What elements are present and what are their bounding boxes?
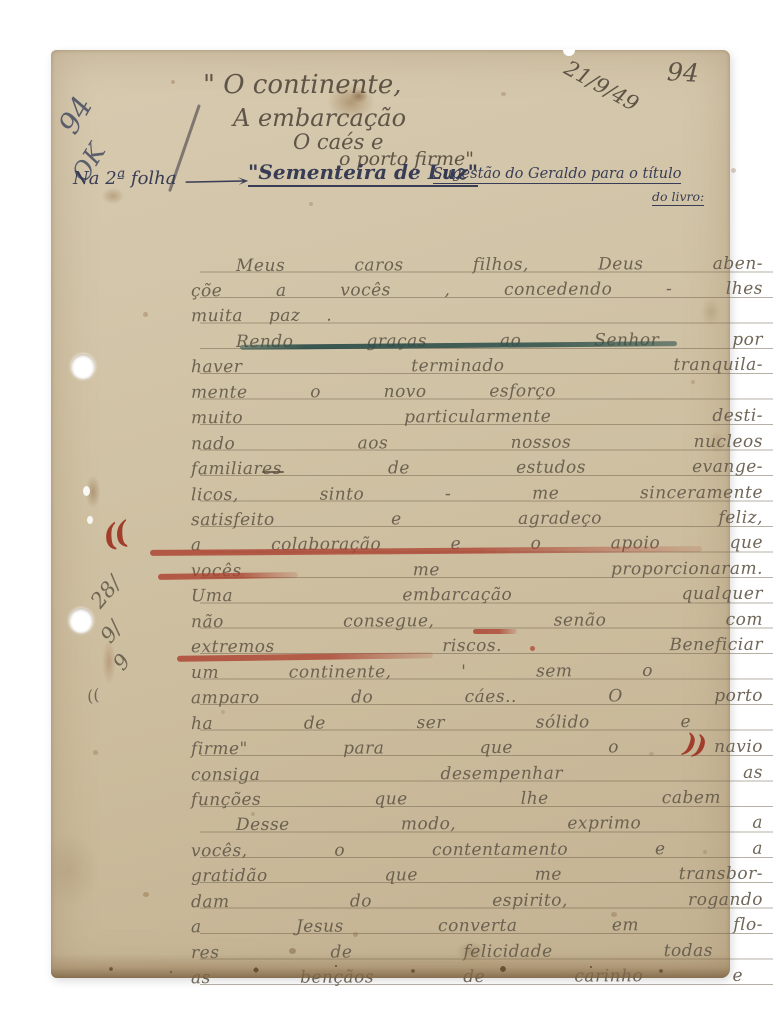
manuscript-page: 94 OK " O continente, A embarcação O caé…	[51, 50, 730, 978]
manuscript-line: um continente, ' sem o	[191, 660, 653, 684]
manuscript-line: vocês, o contentamento e a	[191, 838, 763, 862]
manuscript-line: Uma embarcação qualquer	[191, 583, 763, 607]
scan-background: 94 OK " O continente, A embarcação O caé…	[0, 0, 781, 1024]
manuscript-line: muito particularmente desti-	[191, 405, 763, 429]
manuscript-body: Meus caros filhos, Deus aben-çõe a vocês…	[51, 50, 730, 978]
manuscript-line: mente o novo esforço	[191, 380, 556, 404]
red-dot-mark	[530, 646, 535, 651]
pencil-underline	[262, 471, 284, 473]
manuscript-line: satisfeito e agradeço feliz,	[191, 507, 763, 531]
manuscript-line: amparo do cáes.. O porto	[191, 685, 763, 709]
manuscript-line: vocês me proporcionaram.	[191, 558, 763, 582]
manuscript-line: ha de ser sólido e	[191, 711, 691, 735]
paper-bottom-edge	[51, 954, 730, 978]
manuscript-line: haver terminado tranquila-	[191, 354, 763, 378]
manuscript-line: consiga desempenhar as	[191, 761, 763, 785]
manuscript-line: dam do espirito, rogando	[191, 889, 763, 913]
manuscript-line: funções que lhe cabem	[191, 787, 721, 811]
manuscript-line: nado aos nossos nucleos	[191, 430, 763, 454]
manuscript-line: Meus caros filhos, Deus aben-	[191, 252, 763, 276]
manuscript-line: a Jesus converta em flo-	[191, 914, 763, 938]
manuscript-line: gratidão que me transbor-	[191, 863, 763, 887]
manuscript-line: çõe a vocês , concedendo - lhes	[191, 278, 763, 302]
manuscript-line: firme" para que o navio	[191, 736, 763, 760]
manuscript-line: muita paz .	[191, 303, 763, 327]
manuscript-line: Desse modo, exprimo a	[191, 812, 763, 836]
stain	[731, 168, 736, 173]
manuscript-line: licos, sinto - me sinceramente	[191, 481, 763, 505]
red-crayon-underline	[473, 629, 517, 634]
manuscript-line: familiares de estudos evange-	[191, 456, 763, 480]
